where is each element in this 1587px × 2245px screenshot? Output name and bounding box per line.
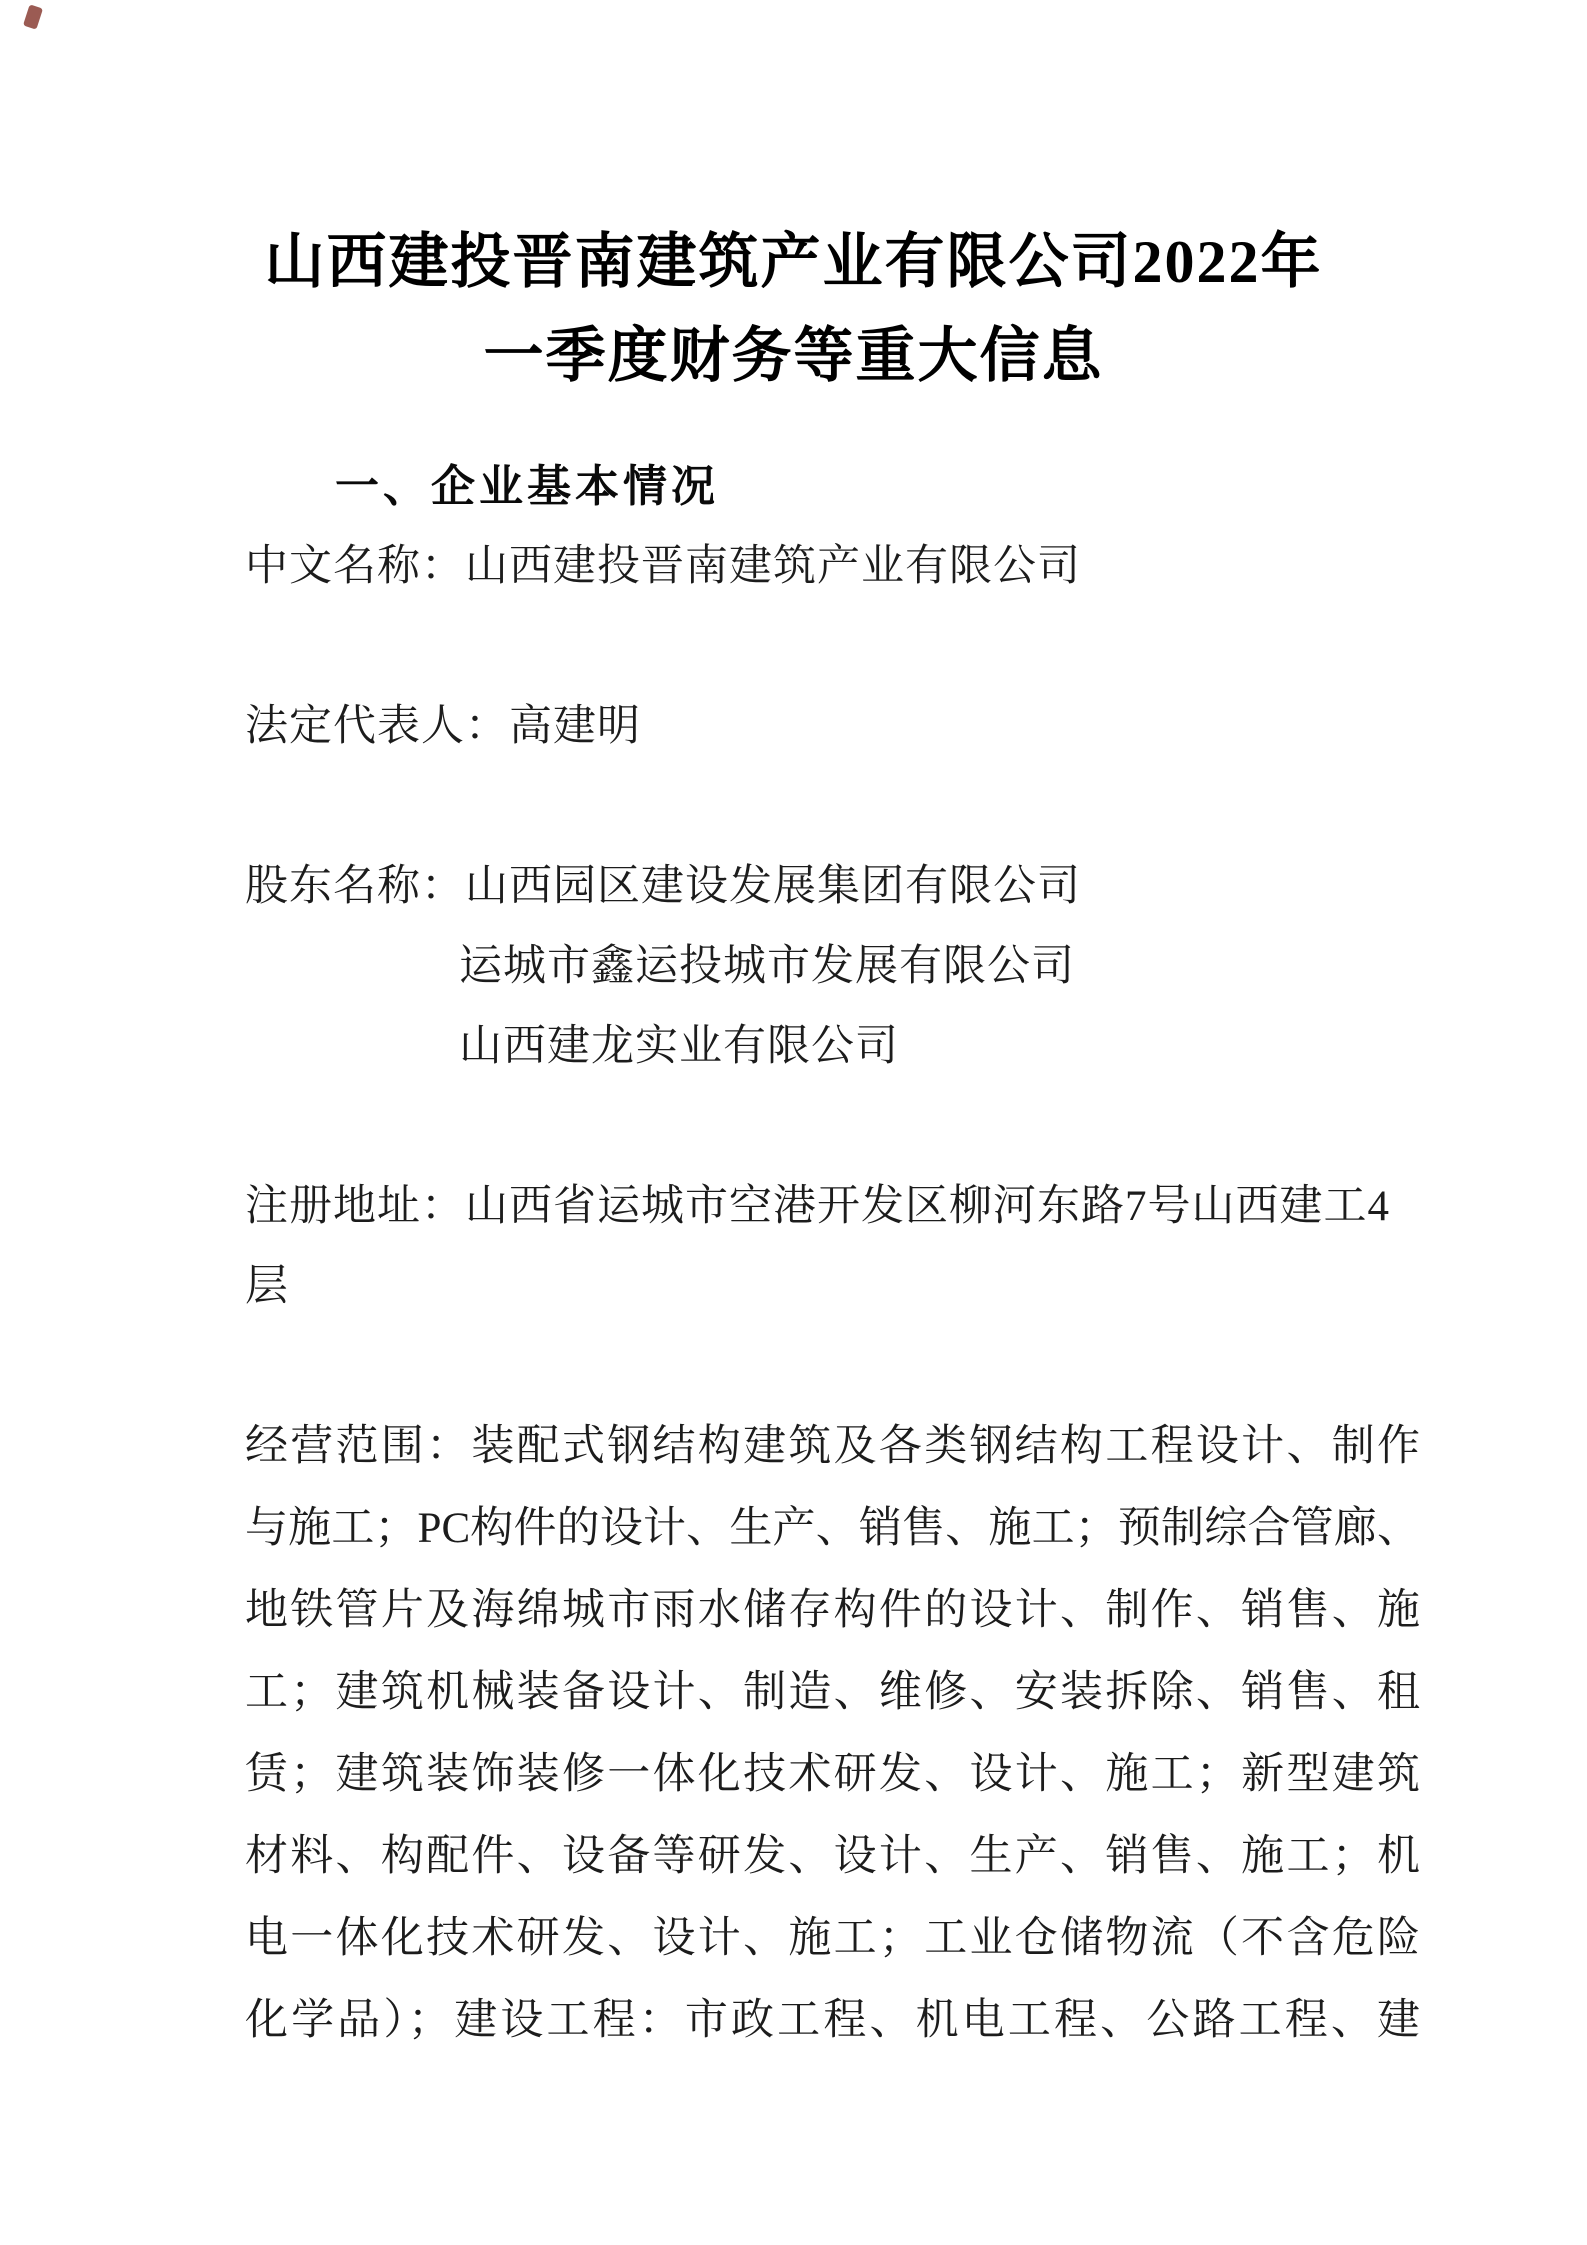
section-heading-basic-info: 一、企业基本情况 [335,462,719,513]
business-scope-line-5: 赁；建筑装饰装修一体化技术研发、设计、施工；新型建筑 [245,1750,1420,1799]
field-chinese-name: 中文名称：山西建投晋南建筑产业有限公司 [245,542,1081,591]
business-scope-line-7: 电一体化技术研发、设计、施工；工业仓储物流（不含危险 [245,1914,1420,1963]
scan-artifact-mark [23,4,43,29]
field-shareholder-1: 股东名称：山西园区建设发展集团有限公司 [245,862,1081,911]
field-registered-address-line-1: 注册地址：山西省运城市空港开发区柳河东路7号山西建工4 [245,1182,1390,1231]
business-scope-line-1: 经营范围：装配式钢结构建筑及各类钢结构工程设计、制作 [245,1422,1420,1471]
field-legal-representative: 法定代表人：高建明 [245,702,641,751]
document-title-line-1: 山西建投晋南建筑产业有限公司2022年 [0,232,1587,292]
business-scope-line-6: 材料、构配件、设备等研发、设计、生产、销售、施工；机 [245,1832,1420,1881]
business-scope-line-2: 与施工；PC构件的设计、生产、销售、施工；预制综合管廊、 [245,1504,1420,1553]
field-registered-address-line-2: 层 [245,1262,289,1311]
document-title-line-2: 一季度财务等重大信息 [0,326,1587,386]
document-page: 山西建投晋南建筑产业有限公司2022年 一季度财务等重大信息 一、企业基本情况 … [0,0,1587,2245]
business-scope-line-4: 工；建筑机械装备设计、制造、维修、安装拆除、销售、租 [245,1668,1420,1717]
business-scope-line-8: 化学品）；建设工程：市政工程、机电工程、公路工程、建 [245,1996,1420,2045]
business-scope-line-3: 地铁管片及海绵城市雨水储存构件的设计、制作、销售、施 [245,1586,1420,1635]
field-shareholder-2: 运城市鑫运投城市发展有限公司 [459,942,1075,991]
field-shareholder-3: 山西建龙实业有限公司 [459,1022,899,1071]
